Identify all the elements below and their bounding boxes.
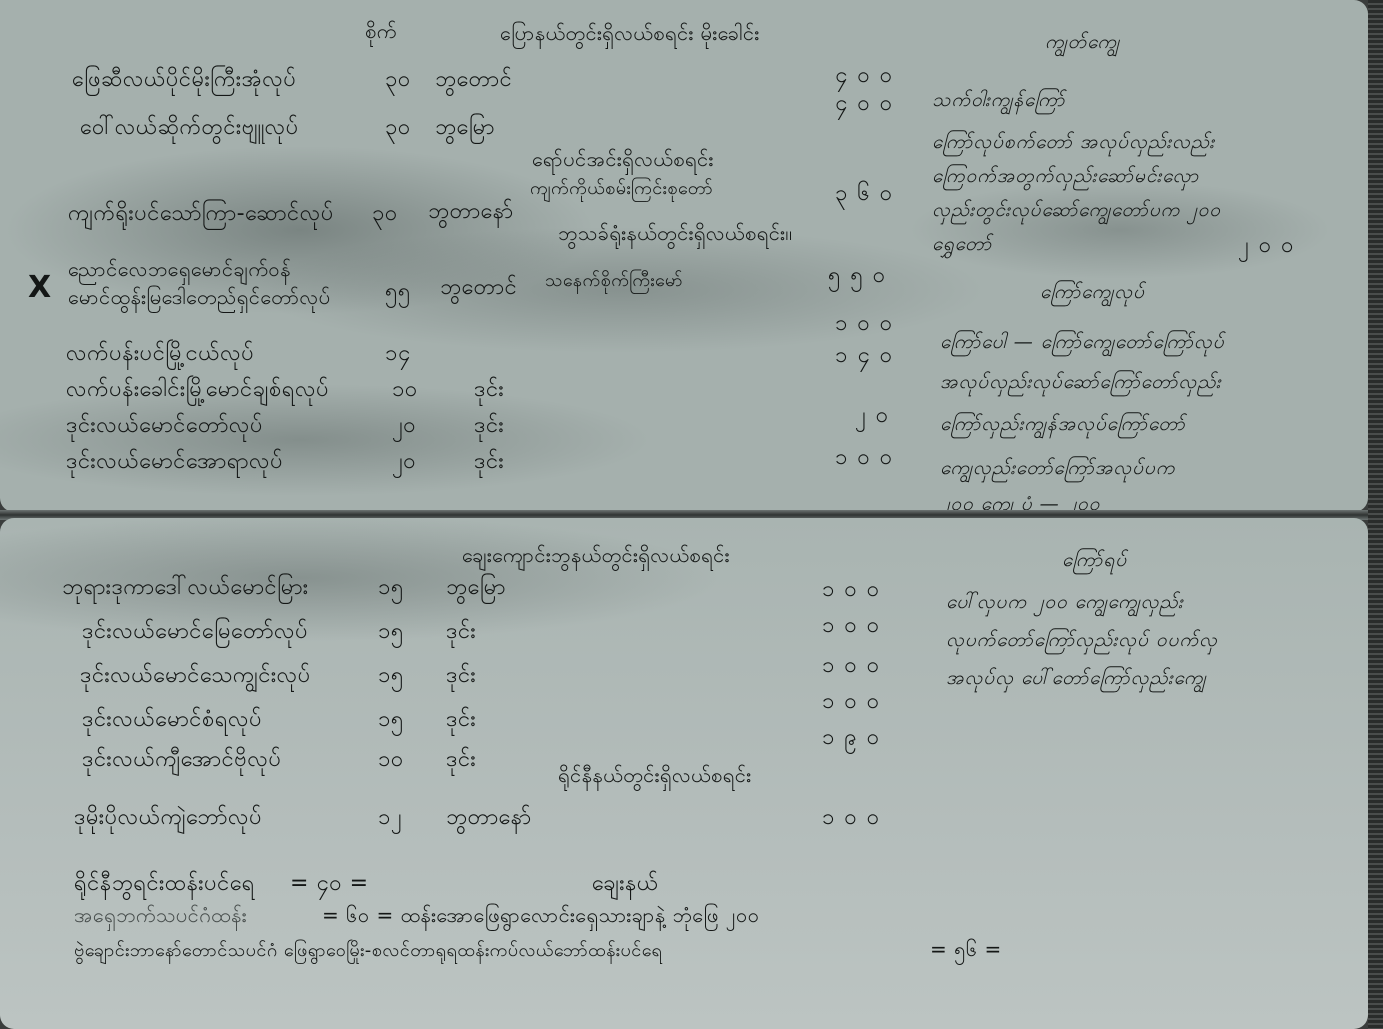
row-name: ဒုင်းလယ်မောင်မြေတော်လုပ် [82, 616, 308, 649]
row-category: ဘွတာနော် [428, 196, 514, 229]
row-amount: ၂၀ [855, 400, 898, 433]
subsection-title: ရော်ပင်အင်းရှိလယ်စရင်း [532, 146, 714, 176]
row-name: ဒုင်းလယ်မောင်စံရလုပ် [82, 704, 262, 737]
row-category: ဒုင်း [446, 660, 476, 693]
upper-ledger-page: စိုက် ပြောနယ်တွင်းရှိလယ်စရင်း မိုးခေါင်း… [0, 0, 1368, 512]
notes-line: အလုပ်လှည်းလုပ်ဆော်ကြော်တော်လှည်း [940, 370, 1221, 398]
row-name: ဒုင်းလယ်မောင်သေကျွင်းလုပ် [80, 660, 311, 693]
row-name: ဒုမိုးပိုလယ်ကျဲဘော်လုပ် [74, 802, 262, 835]
row-name: ဖြေဆီလယ်ပိုင်မိုးကြီးအုံလုပ် [72, 64, 296, 97]
row-category: ဘွတောင် [435, 64, 512, 97]
section-title: ပြောနယ်တွင်းရှိလယ်စရင်း မိုးခေါင်း [500, 20, 760, 50]
summary-label: ရိုင်နီဘွရင်းထန်းပင်ရေ [74, 868, 255, 901]
notes-line: ကြေဝက်အတွက်လှည်းဆော်မင်းလှော [932, 164, 1199, 192]
notes-line: သက်ဝါးကျွန်ကြော် [932, 88, 1065, 116]
notes-line: လှည်းတွင်းလုပ်ဆော်ကျွေတော်ပက ၂၀၀ [932, 198, 1221, 226]
notes-subtitle: ကြော်ကျွေလုပ် [1040, 280, 1145, 308]
row-amount: ၁၀၀ [822, 686, 889, 719]
notes-line: ကျွေလှည်းတော်ကြော်အလုပ်ပက [940, 456, 1175, 484]
row-amount: ၁၀၀ [822, 610, 889, 643]
row-qty: ၁၅ [378, 704, 404, 737]
scan-edge [1368, 0, 1383, 1029]
notes-line: ကြော်လုပ်စက်တော် အလုပ်လှည်းလည်း [932, 130, 1215, 158]
notes-line: ရွှေတော် [932, 232, 992, 260]
row-qty: ၂၀ [392, 446, 416, 479]
row-category: ဒုင်း [474, 374, 504, 407]
notes-title: ကျွတ်ကျွေ [1045, 30, 1120, 58]
row-qty: ၁၀ [378, 744, 404, 777]
row-qty: ၃၀ [385, 112, 411, 145]
row-category: ဒုင်း [474, 446, 504, 479]
row-amount: ၁၀၀ [835, 442, 902, 475]
notes-subtitle: ကြော်ရပ် [1062, 548, 1127, 576]
row-qty: ၁၄ [385, 338, 411, 371]
row-name: ကျက်ရိုးပင်သော်ကြာ-ဆောင်လုပ် [68, 198, 334, 231]
notes-line: အလုပ်လှ ပေါ်တော်ကြော်လှည်းကျွေ [946, 666, 1207, 694]
row-note: သနေက်စိုက်ကြီးမော် [545, 268, 683, 295]
subsection-title: ရိုင်နီနယ်တွင်းရှိလယ်စရင်း [558, 762, 751, 792]
row-amount: ၁၀၀ [822, 574, 889, 607]
row-qty: ၁၅ [378, 616, 404, 649]
row-name: ဝေါ်လယ်ဆိုက်တွင်းဗျူလုပ် [80, 112, 299, 145]
row-qty: ၁၅ [378, 572, 404, 605]
row-category: ဒုင်း [446, 616, 476, 649]
row-amount: ၁၀၀ [835, 308, 902, 341]
summary-label: အရှေဘက်သပင်ဂံထန်း [74, 902, 247, 932]
section-title: ချေးကျောင်းဘွနယ်တွင်းရှိလယ်စရင်း [462, 542, 730, 572]
row-category: ဘွမြော [435, 112, 495, 145]
row-amount: ၁၀၀ [822, 650, 889, 683]
summary-label: ဗွဲချောင်းဘာနော်တောင်သပင်ဂံ ဖြေရွာဝေမြို… [74, 938, 662, 965]
row-qty: ၂၀ [392, 410, 416, 443]
notes-line: ကြော်ပေါ — ကြော်ကျွေတော်ကြော်လုပ် [940, 330, 1225, 358]
summary-value: = ၆၀ = ထန်းအောဖြေရွာလောင်းရှေသားချာနဲ့ ဘ… [322, 902, 759, 932]
subsection-title: ဘွသခ်ရုံးနယ်တွင်းရှိလယ်စရင်း၊၊ [558, 220, 793, 250]
row-note: ကျက်ကိုယ်စမ်းကြင်းစုတော် [530, 176, 713, 203]
row-qty: ၅၅ [385, 276, 411, 309]
row-name: ဒုင်းလယ်မောင်အောရာလုပ် [66, 446, 283, 479]
row-category: ဒုင်း [446, 704, 476, 737]
row-amount: ၁၀၀ [822, 802, 889, 835]
row-amount: ၅၅၀ [828, 260, 895, 293]
row-amount: ၄၀၀ [835, 88, 902, 121]
row-category: ဘွမြော [446, 572, 506, 605]
notes-line: ပေါ်လှပက ၂၀၀ ကျွေကျွေလှည်း [946, 590, 1184, 618]
notes-amount: ၂၀၀ [1238, 230, 1304, 263]
summary-label: ချေးနယ် [592, 868, 659, 901]
row-name: ဒုင်းလယ်ကျီအောင်ဗိုလုပ် [82, 744, 282, 777]
notes-line: လုပက်တော်ကြော်လှည်းလုပ် ဝပက်လှ [946, 628, 1218, 656]
row-amount: ၁၄၀ [835, 340, 902, 373]
row-name: လက်ပန်းခေါင်းမြို့မောင်ချစ်ရလုပ် [66, 374, 329, 407]
row-qty: ၃၀ [385, 64, 411, 97]
row-qty: ၁၀ [392, 374, 418, 407]
row-name: မောင်ထွန်းမြဒေါတေည်ရှင်တော်လုပ် [68, 284, 331, 314]
row-qty: ၃၀ [372, 198, 398, 231]
column-header: စိုက် [365, 18, 397, 48]
row-amount: ၁၉၀ [822, 722, 889, 755]
row-qty: ၁၅ [378, 660, 404, 693]
summary-value: = ၅၆ = [930, 936, 1002, 966]
row-category: ဒုင်း [446, 744, 476, 777]
summary-value: = ၄၀ = [290, 868, 369, 901]
row-category: ဒုင်း [474, 410, 504, 443]
row-qty: ၁၂ [378, 802, 402, 835]
row-name: လက်ပန်းပင်မြို့ငယ်လုပ် [66, 338, 254, 371]
notes-line: ကြော်လှည်းကျွန်အလုပ်ကြော်တော် [940, 412, 1186, 440]
row-category: ဘွတောင် [440, 272, 517, 305]
margin-x-mark: X [28, 270, 52, 305]
row-name: ဘုရားဒုကာဒေါ်လယ်မောင်မြား [62, 572, 309, 605]
row-category: ဘွတာနော် [446, 802, 532, 835]
row-amount: ၃၆၀ [835, 178, 902, 211]
row-name: ဒုင်းလယ်မောင်တော်လုပ် [66, 410, 263, 443]
row-name: ညောင်လေဘရှေမောင်ချက်ဝန် [68, 256, 291, 286]
lower-ledger-page: ချေးကျောင်းဘွနယ်တွင်းရှိလယ်စရင်း ဘုရားဒု… [0, 518, 1368, 1029]
